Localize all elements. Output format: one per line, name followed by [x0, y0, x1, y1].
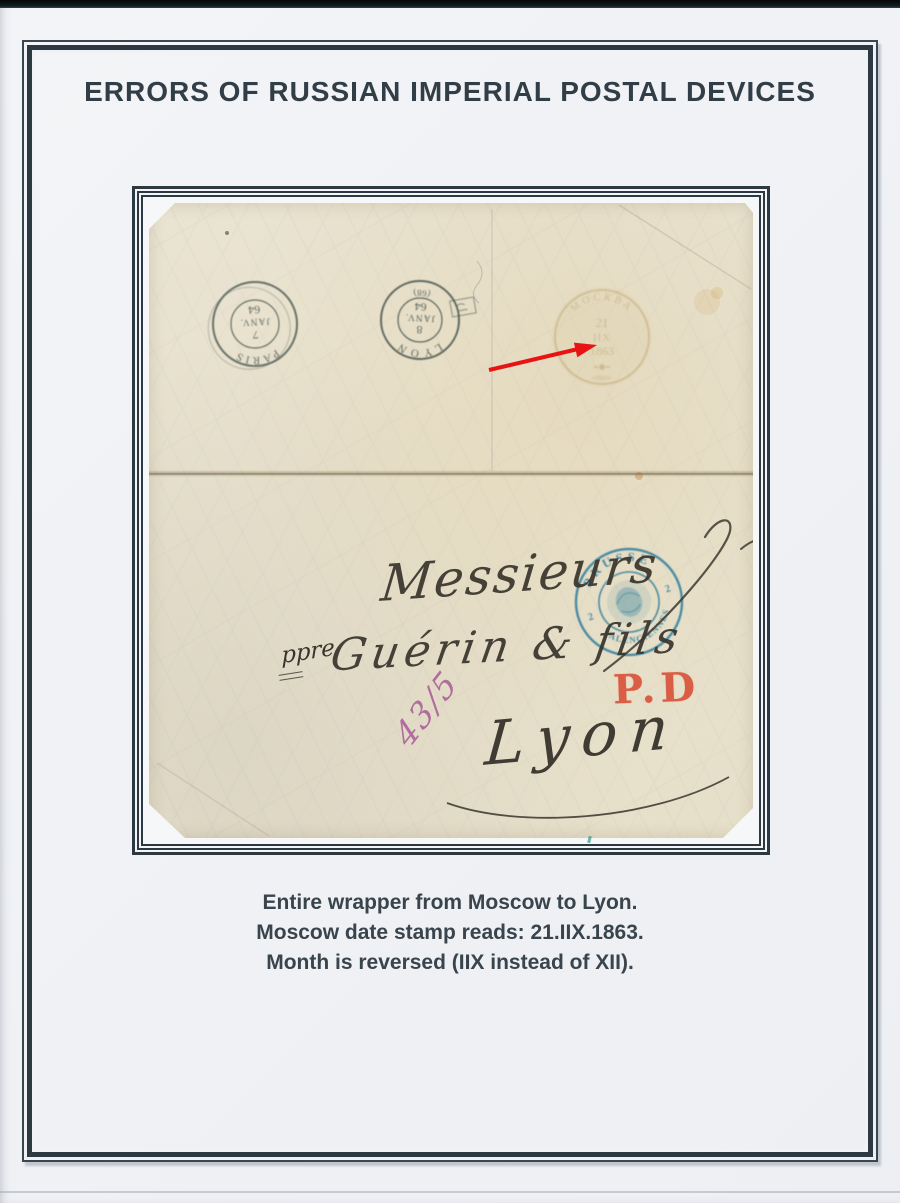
lyon-department-text: (68) — [411, 287, 431, 299]
page-border-frame-inner: ERRORS OF RUSSIAN IMPERIAL POSTAL DEVICE… — [27, 45, 873, 1157]
exhibit-caption: Entire wrapper from Moscow to Lyon. Mosc… — [32, 888, 868, 978]
lyon-day: 8 — [416, 323, 423, 337]
caption-line-3: Month is reversed (IIX instead of XII). — [32, 948, 868, 978]
caption-line-1: Entire wrapper from Moscow to Lyon. — [32, 888, 868, 918]
prussia-right-number: 2 — [664, 583, 672, 595]
page-border-frame: ERRORS OF RUSSIAN IMPERIAL POSTAL DEVICE… — [22, 40, 878, 1162]
paris-cds-postmark: PARIS 7 JANV. 64 — [206, 280, 299, 372]
cover-mount-frame: PARIS 7 JANV. 64 — [132, 186, 770, 855]
scanner-edge-bottom — [0, 1191, 900, 1193]
lyon-underline-flourish — [447, 777, 729, 818]
pd-paid-handstamp: P.D — [612, 663, 701, 713]
paris-day: 7 — [252, 328, 259, 342]
exhibit-page-scan: ERRORS OF RUSSIAN IMPERIAL POSTAL DEVICE… — [0, 0, 900, 1203]
mount-mark — [587, 836, 592, 844]
postal-cover-photo: PARIS 7 JANV. 64 — [149, 203, 753, 838]
lyon-cds-postmark: LYON (68) 8 JANV. 64 — [379, 279, 461, 361]
moscow-month-reversed: IIX — [593, 332, 611, 344]
caption-line-2: Moscow date stamp reads: 21.IIX.1863. — [32, 918, 868, 948]
paris-town-text: PARIS — [232, 347, 282, 368]
cover-mount-frame-inner: PARIS 7 JANV. 64 — [141, 195, 761, 846]
page-title: ERRORS OF RUSSIAN IMPERIAL POSTAL DEVICE… — [32, 76, 868, 108]
lyon-year: 64 — [414, 300, 427, 315]
moscow-day: 21 — [596, 315, 609, 330]
cover-mount-frame-middle: PARIS 7 JANV. 64 — [137, 191, 765, 850]
moscow-cds-postmark: МОСКВА 21 IIX 1863 — [552, 287, 652, 387]
pencil-squiggle — [473, 261, 482, 303]
accessory-box-mark — [450, 297, 476, 317]
paris-year: 64 — [248, 303, 261, 318]
scanner-edge-top — [0, 0, 900, 8]
